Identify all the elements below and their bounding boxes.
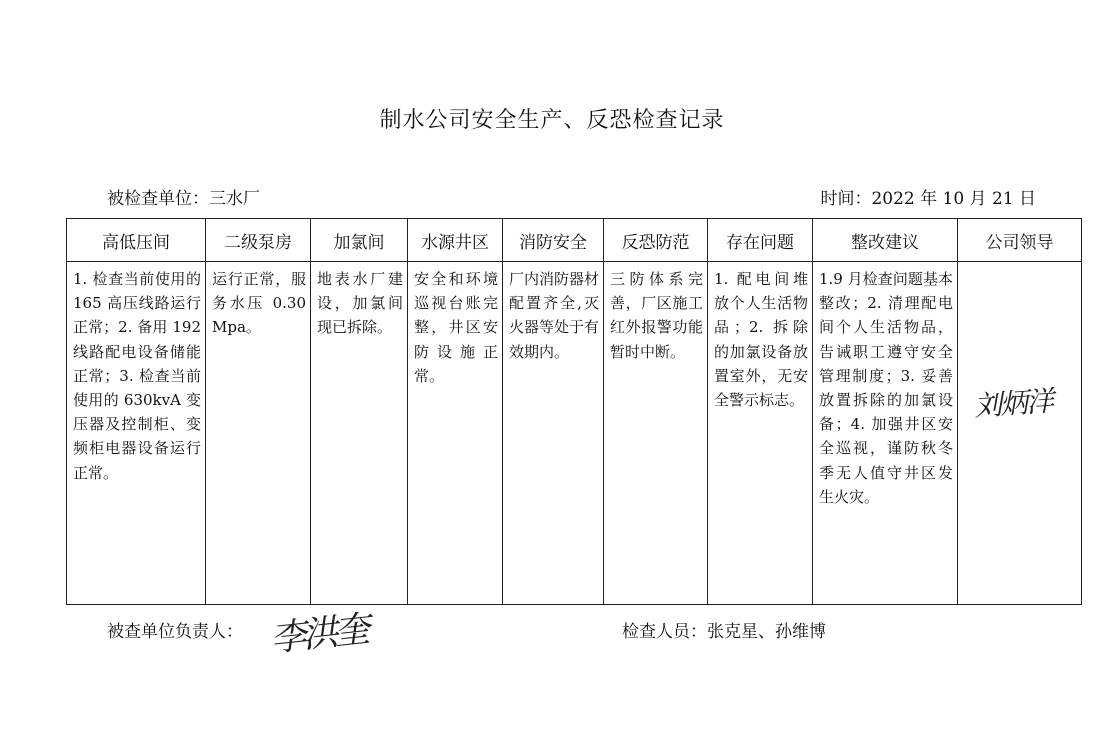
header-anti-terrorism: 反恐防范 (604, 219, 708, 262)
header-rectification-suggestions: 整改建议 (813, 219, 958, 262)
cell-water-source-well-area: 安全和环境巡视台账完整，井区安防设施正常。 (408, 262, 503, 605)
header-fire-safety: 消防安全 (503, 219, 604, 262)
table-header-row: 高低压间 二级泵房 加氯间 水源井区 消防安全 反恐防范 存在问题 整改建议 公… (67, 219, 1082, 262)
responsible-signature: 李洪奎 (268, 601, 369, 662)
cell-fire-safety: 厂内消防器材配置齐全,灭火器等处于有效期内。 (503, 262, 604, 605)
header-secondary-pump-house: 二级泵房 (206, 219, 311, 262)
responsible-label: 被查单位负责人： (107, 622, 243, 642)
inspection-time: 时间：2022 年 10 月 21 日 (820, 184, 1036, 209)
date-value: 2022 年 10 月 21 日 (871, 189, 1036, 209)
cell-existing-problems: 1. 配电间堆放个人生活物品；2. 拆除的加氯设备放置室外，无安全警示标志。 (708, 262, 813, 605)
header-company-leader: 公司领导 (958, 219, 1082, 262)
header-chlorination-room: 加氯间 (311, 219, 408, 262)
table-row: 1. 检查当前使用的 165 高压线路运行正常；2. 备用 192 线路配电设备… (67, 262, 1082, 605)
time-label: 时间： (820, 189, 871, 209)
cell-rectification-suggestions: 1.9 月检查问题基本整改；2. 清理配电间个人生活物品，告诫职工遵守安全管理制… (813, 262, 958, 605)
inspected-unit-label: 被检查单位： (107, 189, 209, 209)
inspectors-label: 检查人员： (622, 622, 707, 642)
responsible-person: 被查单位负责人： (107, 617, 243, 642)
cell-company-leader: 刘炳洋 (958, 262, 1082, 605)
cell-secondary-pump-house: 运行正常，服务水压 0.30Mpa。 (206, 262, 311, 605)
leader-signature: 刘炳洋 (973, 389, 1053, 419)
inspected-unit-value: 三水厂 (209, 189, 260, 209)
inspectors-names: 张克星、孙维博 (707, 622, 826, 642)
cell-anti-terrorism: 三防体系完善，厂区施工红外报警功能暂时中断。 (604, 262, 708, 605)
document-title: 制水公司安全生产、反恐检查记录 (0, 103, 1104, 134)
header-existing-problems: 存在问题 (708, 219, 813, 262)
header-water-source-well-area: 水源井区 (408, 219, 503, 262)
inspectors: 检查人员：张克星、孙维博 (622, 617, 826, 642)
inspection-table: 高低压间 二级泵房 加氯间 水源井区 消防安全 反恐防范 存在问题 整改建议 公… (66, 218, 1082, 605)
header-high-low-voltage-room: 高低压间 (67, 219, 206, 262)
cell-high-low-voltage-room: 1. 检查当前使用的 165 高压线路运行正常；2. 备用 192 线路配电设备… (67, 262, 206, 605)
inspected-unit: 被检查单位：三水厂 (107, 184, 260, 209)
cell-chlorination-room: 地表水厂建设，加氯间现已拆除。 (311, 262, 408, 605)
